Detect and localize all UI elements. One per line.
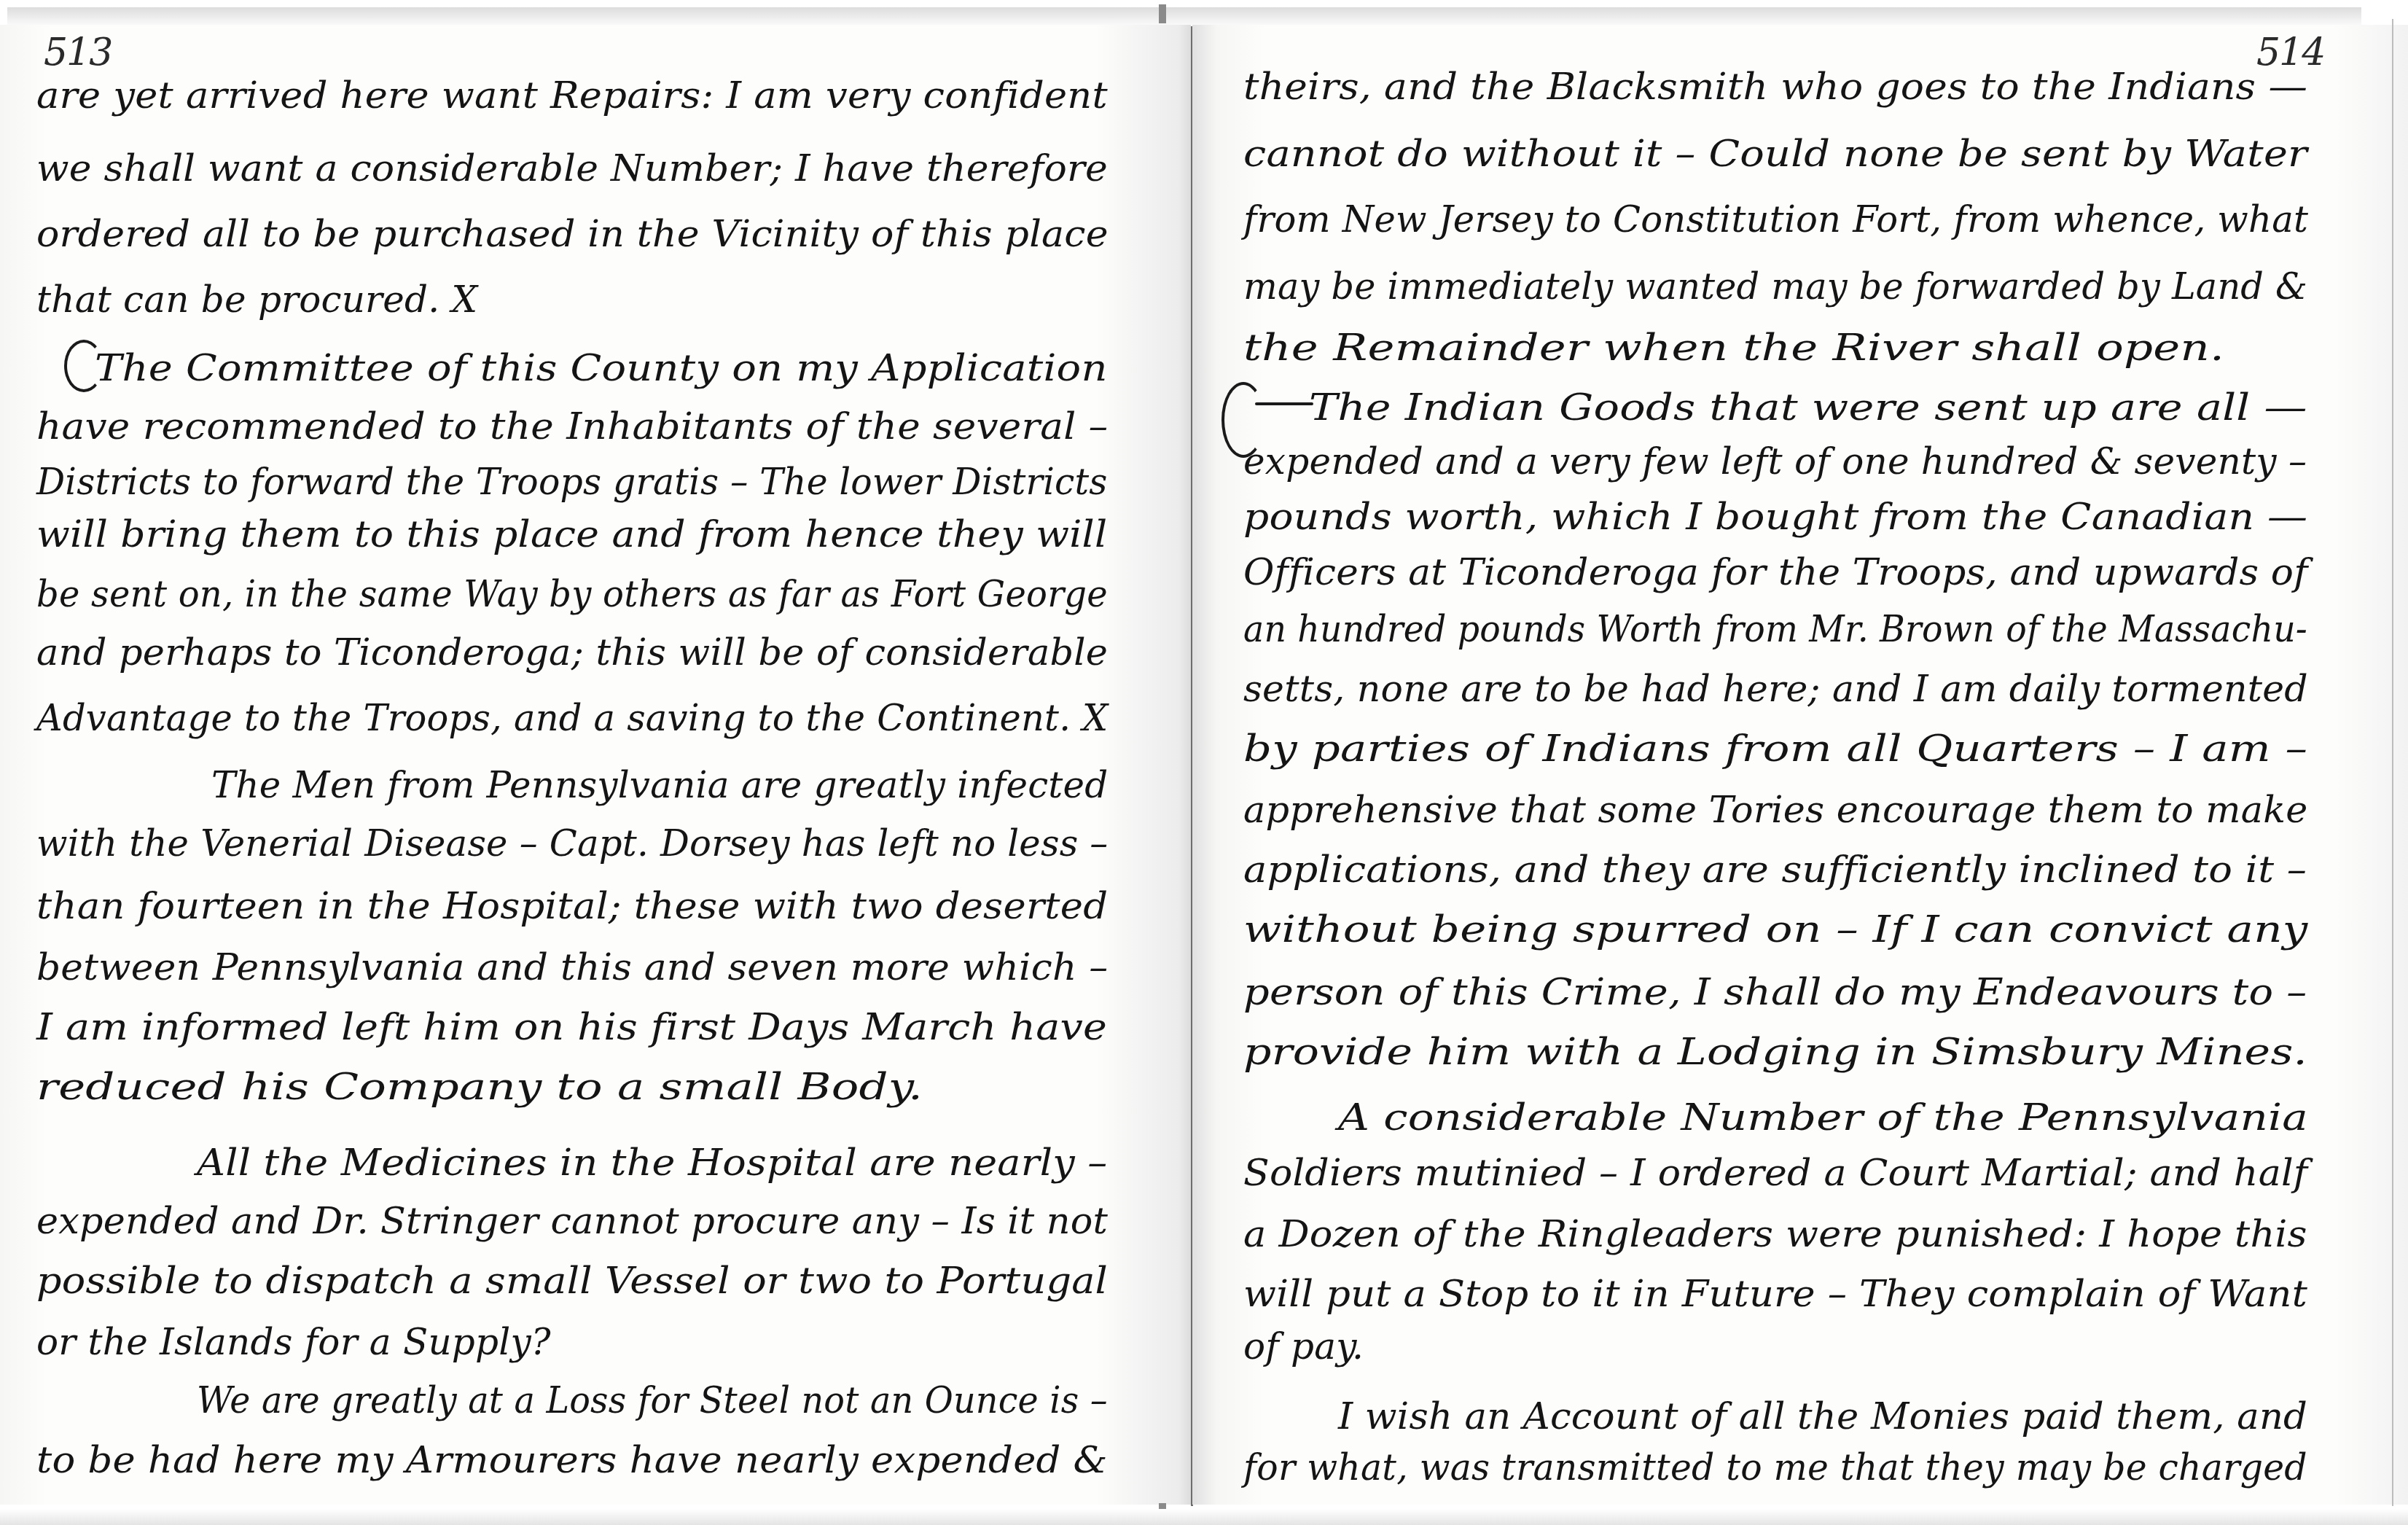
text-line: between Pennsylvania and this and seven … <box>36 946 1108 988</box>
text-line: cannot do without it – Could none be sen… <box>1243 133 2307 175</box>
left-page: 513 are yet arrived here want Repairs: I… <box>0 25 1191 1505</box>
page-edge <box>2392 19 2393 1506</box>
text-line: than fourteen in the Hospital; these wit… <box>36 885 1108 927</box>
paragraph-start-line: I wish an Account of all the Monies paid… <box>1338 1395 2307 1438</box>
text-line: reduced his Company to a small Body. <box>36 1066 923 1108</box>
text-line: I am informed left him on his first Days… <box>36 1006 1107 1048</box>
text-line: for what, was transmitted to me that the… <box>1243 1446 2307 1489</box>
text-line: Advantage to the Troops, and a saving to… <box>36 697 1109 739</box>
text-line: with the Venerial Disease – Capt. Dorsey… <box>36 822 1108 865</box>
text-line: we shall want a considerable Number; I h… <box>36 147 1108 190</box>
paragraph-start-line: We are greatly at a Loss for Steel not a… <box>197 1379 1108 1421</box>
text-line: and perhaps to Ticonderoga; this will be… <box>36 631 1108 674</box>
text-line: may be immediately wanted may be forward… <box>1243 265 2307 308</box>
text-line: the Remainder when the River shall open. <box>1243 327 2224 369</box>
text-line: applications, and they are sufficiently … <box>1243 849 2307 891</box>
text-line: will put a Stop to it in Future – They c… <box>1243 1273 2307 1315</box>
text-line: possible to dispatch a small Vessel or t… <box>36 1260 1108 1302</box>
paragraph-flourish-icon <box>64 340 103 392</box>
text-line: expended and a very few left of one hund… <box>1243 440 2307 483</box>
scan-bottom-shadow <box>0 1509 2408 1525</box>
manuscript-spread: 513 are yet arrived here want Repairs: I… <box>0 0 2408 1525</box>
text-line: person of this Crime, I shall do my Ende… <box>1243 971 2307 1013</box>
text-line: apprehensive that some Tories encourage … <box>1243 789 2308 831</box>
paragraph-start-line: All the Medicines in the Hospital are ne… <box>197 1142 1107 1184</box>
text-line: of pay. <box>1243 1325 1364 1368</box>
text-line: or the Islands for a Supply? <box>36 1321 551 1363</box>
text-line: are yet arrived here want Repairs: I am … <box>36 74 1108 117</box>
binding-tab-top <box>1159 4 1166 23</box>
text-line: Officers at Ticonderoga for the Troops, … <box>1243 551 2308 593</box>
text-line: theirs, and the Blacksmith who goes to t… <box>1243 66 2307 108</box>
flourish-stroke <box>1255 402 1313 405</box>
paragraph-start-line: The Indian Goods that were sent up are a… <box>1309 386 2307 429</box>
text-line: to be had here my Armourers have nearly … <box>36 1439 1108 1481</box>
text-line: an hundred pounds Worth from Mr. Brown o… <box>1243 608 2307 650</box>
text-line: expended and Dr. Stringer cannot procure… <box>36 1200 1108 1242</box>
text-line: will bring them to this place and from h… <box>36 513 1107 555</box>
text-line: Soldiers mutinied – I ordered a Court Ma… <box>1243 1152 2307 1194</box>
text-line: from New Jersey to Constitution Fort, fr… <box>1243 198 2308 241</box>
text-line: that can be procured. X <box>36 278 477 321</box>
text-line: setts, none are to be had here; and I am… <box>1243 668 2308 710</box>
paragraph-start-line: The Committee of this County on my Appli… <box>95 347 1108 389</box>
text-line: pounds worth, which I bought from the Ca… <box>1243 496 2307 538</box>
text-line: provide him with a Lodging in Simsbury M… <box>1243 1031 2307 1073</box>
text-line: be sent on, in the same Way by others as… <box>36 573 1108 615</box>
right-page: 514 theirs, and the Blacksmith who goes … <box>1192 25 2408 1505</box>
text-line: Districts to forward the Troops gratis –… <box>36 461 1108 503</box>
paragraph-flourish-icon <box>1221 382 1265 458</box>
text-line: without being spurred on – If I can conv… <box>1243 908 2308 951</box>
page-number: 513 <box>44 31 112 74</box>
paragraph-start-line: A considerable Number of the Pennsylvani… <box>1338 1096 2308 1139</box>
paragraph-start-line: The Men from Pennsylvania are greatly in… <box>211 764 1108 806</box>
text-line: a Dozen of the Ringleaders were punished… <box>1243 1213 2307 1255</box>
text-line: by parties of Indians from all Quarters … <box>1243 728 2307 770</box>
text-line: have recommended to the Inhabitants of t… <box>36 405 1108 448</box>
text-line: ordered all to be purchased in the Vicin… <box>36 213 1109 255</box>
